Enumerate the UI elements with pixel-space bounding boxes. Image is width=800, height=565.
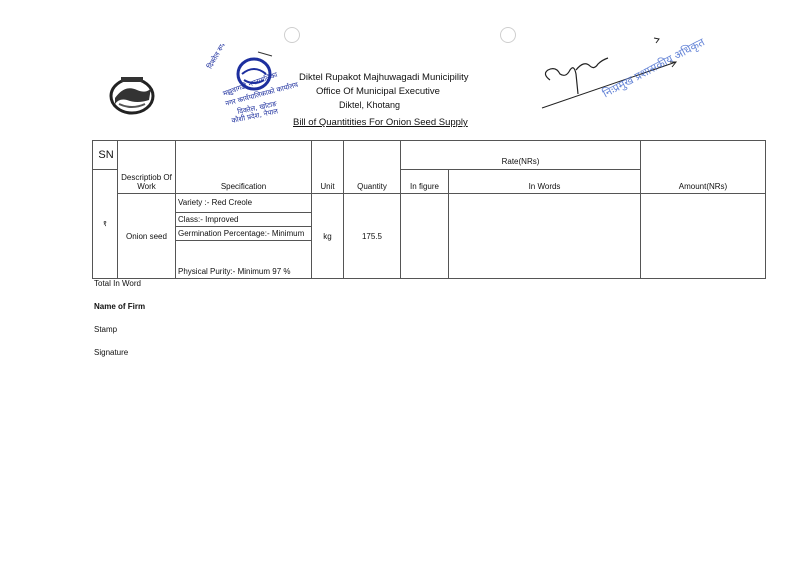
row-sn: १ bbox=[93, 170, 118, 279]
spec-germination: Germination Percentage:- Minimum bbox=[176, 227, 311, 241]
header-in-words: In Words bbox=[449, 170, 641, 194]
header-quantity: Quantity bbox=[344, 141, 401, 194]
header-sn: SN bbox=[93, 141, 118, 170]
row-rate-in-figure[interactable] bbox=[401, 194, 449, 279]
office-location: Diktel, Khotang bbox=[339, 100, 400, 110]
header-in-figure: In figure bbox=[401, 170, 449, 194]
spec-class: Class:- Improved bbox=[176, 213, 311, 227]
row-rate-in-words[interactable] bbox=[449, 194, 641, 279]
header-description: Descriptiob Of Work bbox=[118, 141, 176, 194]
total-in-word-label: Total In Word bbox=[94, 279, 141, 288]
document-title: Bill of Quantitities For Onion Seed Supp… bbox=[293, 117, 468, 128]
header-rate: Rate(NRs) bbox=[401, 141, 641, 170]
row-unit: kg bbox=[312, 194, 344, 279]
row-quantity: 175.5 bbox=[344, 194, 401, 279]
name-of-firm-label: Name of Firm bbox=[94, 302, 145, 311]
punch-hole bbox=[284, 27, 300, 43]
header-specification: Specification bbox=[176, 141, 312, 194]
punch-hole bbox=[500, 27, 516, 43]
row-amount[interactable] bbox=[641, 194, 766, 279]
spec-purity: Physical Purity:- Minimum 97 % bbox=[176, 241, 311, 278]
row-specification: Variety :- Red Creole Class:- Improved G… bbox=[176, 194, 312, 279]
municipal-seal-icon: दिक्तेल रुपाकोट मझुवागढी नगरपालिका नगर क… bbox=[206, 44, 298, 124]
nepal-emblem-icon bbox=[107, 74, 157, 116]
header-amount: Amount(NRs) bbox=[641, 141, 766, 194]
signature-label: Signature bbox=[94, 348, 128, 357]
svg-text:दिक्तेल रुपाकोट: दिक्तेल रुपाकोट bbox=[206, 44, 233, 70]
stamp-label: Stamp bbox=[94, 325, 117, 334]
boq-table: SN Descriptiob Of Work Specification Uni… bbox=[92, 140, 766, 279]
header-unit: Unit bbox=[312, 141, 344, 194]
spec-variety: Variety :- Red Creole bbox=[176, 194, 311, 213]
row-description: Onion seed bbox=[118, 194, 176, 279]
municipality-name: Diktel Rupakot Majhuwagadi Municipility bbox=[299, 72, 469, 83]
office-name: Office Of Municipal Executive bbox=[316, 86, 440, 97]
table-row: Onion seed Variety :- Red Creole Class:-… bbox=[93, 194, 766, 279]
